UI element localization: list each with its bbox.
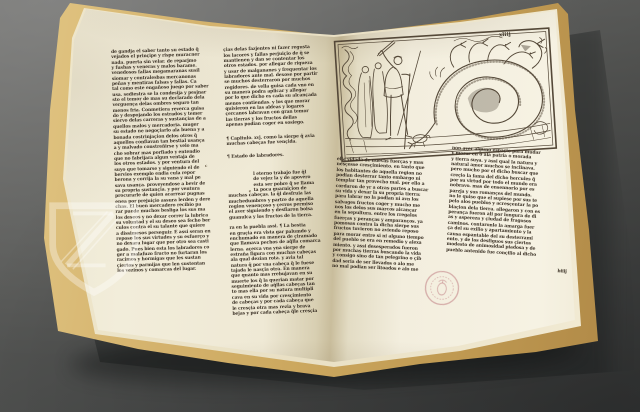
woodcut-hydra-scene: [333, 27, 557, 163]
section-heading: ¶ Estado de labradores.: [227, 151, 337, 160]
margin-guide-letter: c: [205, 163, 208, 168]
chapter-heading: ¶ Capitulo. xvj. como la sierpe q̃ avia …: [226, 133, 336, 148]
right-page-column-1: ella vidada de nuevas fuerças y mas nesç…: [332, 157, 448, 274]
initial-guide-letter: e: [228, 172, 253, 194]
left-page-column-2: çias delas fazjentes ni fazer regusta lo…: [223, 39, 343, 322]
library-stamp: [421, 267, 463, 309]
left-page-paragraph-3: ra en la puebla assi. ¶ La bestia en gra…: [229, 222, 342, 317]
watermark-shield-icon: [44, 200, 144, 296]
facsimile-watermark-shield: [44, 200, 144, 299]
stamp-icon: [421, 267, 463, 309]
right-page-column-2: non aver alguno espaçio para mudar y mor…: [446, 146, 570, 259]
left-page-paragraph-2: el eterno trabajo fue q̃l de vejez la y …: [227, 164, 339, 221]
woodcut-illustration: [333, 27, 557, 163]
left-page-paragraph-1: çias delas fazjentes ni fazer regusta lo…: [223, 45, 336, 129]
signature-mark: biiij: [505, 266, 567, 275]
